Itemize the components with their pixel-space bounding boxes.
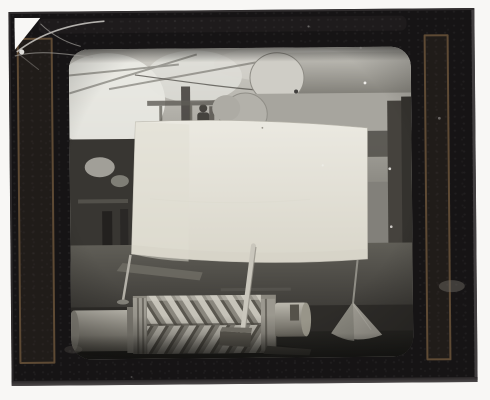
frame-sheen bbox=[38, 16, 406, 34]
frame-bevel-left bbox=[8, 14, 13, 382]
photo-aperture bbox=[69, 47, 414, 360]
photograph bbox=[69, 47, 414, 360]
frame-bevel-bottom bbox=[12, 377, 478, 386]
binding-tape-stripe-left bbox=[17, 38, 56, 364]
lantern-slide bbox=[8, 8, 477, 386]
slide-mask-frame bbox=[8, 8, 477, 386]
scanned-lantern-slide bbox=[0, 0, 490, 400]
frame-bevel-top bbox=[8, 8, 474, 14]
binding-tape-stripe-right bbox=[424, 34, 452, 360]
frame-bevel-right bbox=[471, 10, 477, 380]
photo-vignette bbox=[69, 47, 414, 360]
